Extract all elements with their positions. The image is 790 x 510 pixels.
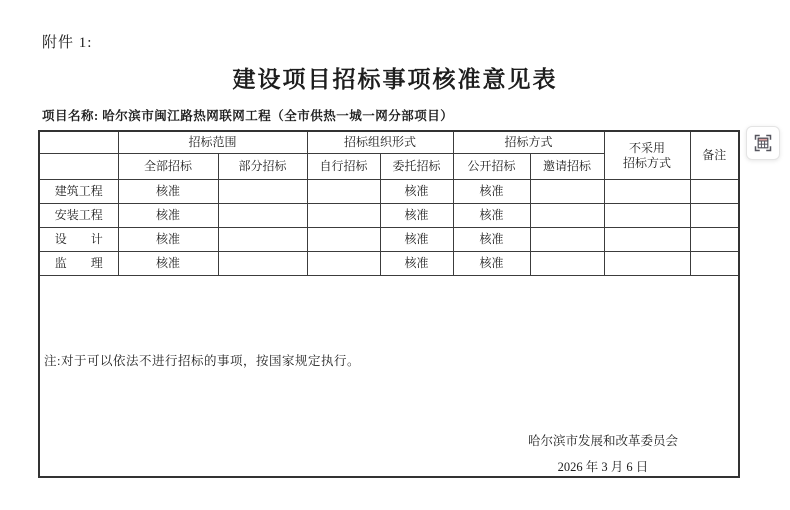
note-text: 注:对于可以依法不进行招标的事项，按国家规定执行。 [44, 354, 360, 370]
row-label: 建筑工程 [39, 180, 118, 204]
cell [530, 228, 604, 252]
cell: 核准 [118, 180, 218, 204]
project-name-line: 项目名称: 哈尔滨市闽江路热网联网工程（全市供热一城一网分部项目） [42, 106, 453, 124]
cell [307, 204, 380, 228]
cell: 核准 [380, 252, 453, 276]
signature-block: 哈尔滨市发展和改革委员会 2026 年 3 月 6 日 [480, 434, 726, 475]
cell [604, 180, 690, 204]
sub-header-open-bidding: 公开招标 [453, 154, 530, 180]
project-name-value: 哈尔滨市闽江路热网联网工程（全市供热一城一网分部项目） [102, 109, 453, 123]
cell [690, 180, 739, 204]
cell: 核准 [380, 228, 453, 252]
attachment-label: 附件 1: [42, 31, 92, 52]
cell [690, 252, 739, 276]
cell [307, 228, 380, 252]
project-name-label: 项目名称: [42, 109, 99, 123]
table-row-installation: 安装工程 核准 核准 核准 [39, 204, 739, 228]
sub-header-invited-bidding: 邀请招标 [530, 154, 604, 180]
table-row-supervision: 监 理 核准 核准 核准 [39, 252, 739, 276]
cell [218, 180, 307, 204]
sub-header-partial-bidding: 部分招标 [218, 154, 307, 180]
header-no-bidding-line1: 不采用 [605, 141, 690, 156]
page-title: 建设项目招标事项核准意见表 [0, 61, 790, 94]
header-no-bidding-line2: 招标方式 [605, 156, 690, 171]
cell: 核准 [118, 228, 218, 252]
table-scan-icon [753, 133, 773, 153]
cell: 核准 [453, 204, 530, 228]
cell [218, 252, 307, 276]
cell: 核准 [453, 180, 530, 204]
header-remark: 备注 [690, 131, 739, 180]
table-row-design: 设 计 核准 核准 核准 [39, 228, 739, 252]
cell [307, 252, 380, 276]
cell: 核准 [118, 204, 218, 228]
cell [530, 252, 604, 276]
cell [218, 204, 307, 228]
corner-cell-bottom [39, 154, 118, 180]
cell: 核准 [453, 252, 530, 276]
group-header-organization-form: 招标组织形式 [307, 131, 453, 154]
group-header-bidding-method: 招标方式 [453, 131, 604, 154]
cell [690, 228, 739, 252]
cell [604, 252, 690, 276]
table-capture-button[interactable] [746, 126, 780, 160]
cell: 核准 [380, 180, 453, 204]
cell: 核准 [118, 252, 218, 276]
table-group-header-row: 招标范围 招标组织形式 招标方式 不采用 招标方式 备注 [39, 131, 739, 154]
approval-table: 招标范围 招标组织形式 招标方式 不采用 招标方式 备注 全部招标 部分招标 自… [38, 130, 740, 478]
signature-date: 2026 年 3 月 6 日 [480, 460, 726, 475]
header-no-bidding-method: 不采用 招标方式 [604, 131, 690, 180]
cell [604, 204, 690, 228]
note-cell: 注:对于可以依法不进行招标的事项，按国家规定执行。 哈尔滨市发展和改革委员会 2… [39, 276, 739, 478]
row-label: 设 计 [39, 228, 118, 252]
cell [690, 204, 739, 228]
cell [307, 180, 380, 204]
cell [530, 204, 604, 228]
table-row-construction: 建筑工程 核准 核准 核准 [39, 180, 739, 204]
cell: 核准 [453, 228, 530, 252]
sub-header-entrusted-bidding: 委托招标 [380, 154, 453, 180]
cell [218, 228, 307, 252]
row-label: 安装工程 [39, 204, 118, 228]
cell [604, 228, 690, 252]
sub-header-self-bidding: 自行招标 [307, 154, 380, 180]
corner-cell-top [39, 131, 118, 154]
group-header-bidding-scope: 招标范围 [118, 131, 307, 154]
cell: 核准 [380, 204, 453, 228]
sub-header-full-bidding: 全部招标 [118, 154, 218, 180]
cell [530, 180, 604, 204]
signature-org: 哈尔滨市发展和改革委员会 [480, 434, 726, 449]
table-note-row: 注:对于可以依法不进行招标的事项，按国家规定执行。 哈尔滨市发展和改革委员会 2… [39, 276, 739, 478]
row-label: 监 理 [39, 252, 118, 276]
